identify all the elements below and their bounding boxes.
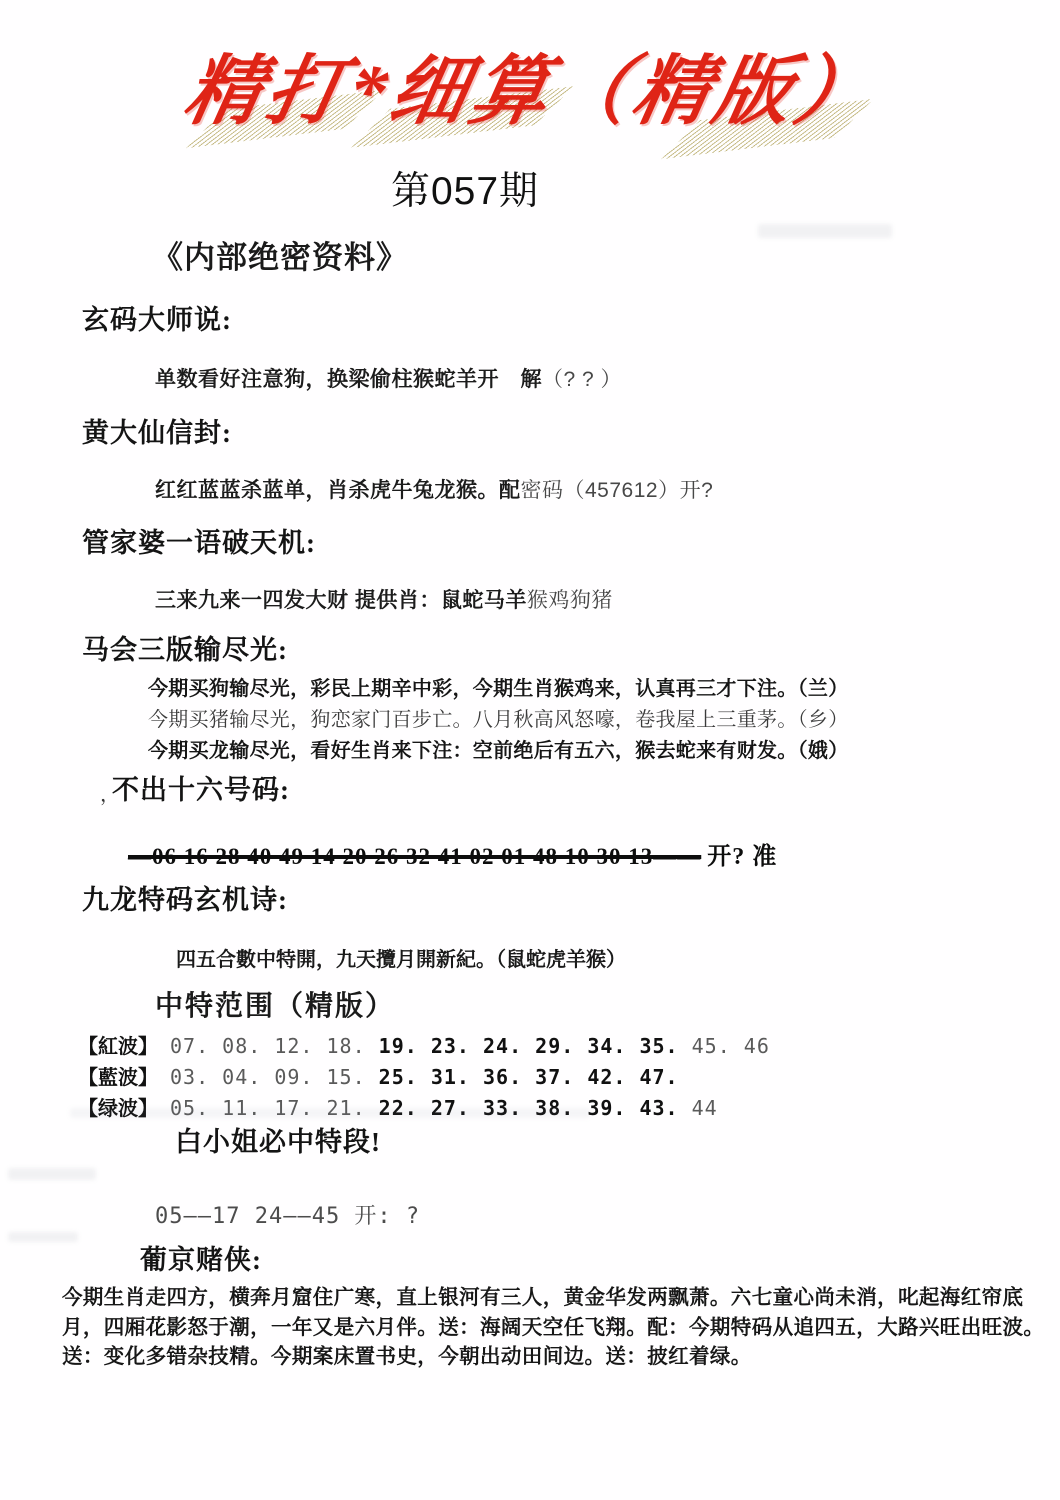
huangdaxian-tip-tail: 密码（457612）开? [521, 479, 714, 502]
wave-numbers-red-bold: 19. 23. 24. 29. 34. 35. [379, 1034, 692, 1058]
section-heading-baixiaojie: 白小姐必中特段! [175, 1120, 381, 1159]
subtitle: 《内部绝密资料》 [152, 232, 408, 277]
scan-artifact [8, 1168, 96, 1180]
mahui-line-1: 今期买狗输尽光，彩民上期辛中彩，今期生肖猴鸡来，认真再三才下注。（兰） [148, 674, 849, 705]
huangdaxian-tip-main: 红红蓝蓝杀蓝单，肖杀虎牛兔龙猴。配 [155, 479, 521, 502]
excluded-numbers-line: —06 16 28 40 49 14 20 26 32 41 02 01 48 … [128, 836, 777, 871]
guanjiapo-tip-tail: 猴鸡狗猪 [527, 589, 613, 612]
pujing-paragraph: 今期生肖走四方，横奔月窟住广寒，直上银河有三人，黄金华发两飘萧。六七童心尚未消，… [62, 1283, 1010, 1372]
masthead-title: 精打*细算（精版） [139, 30, 926, 139]
guanjiapo-tip-line: 三来九来一四发大财 提供肖：鼠蛇马羊猴鸡狗猪 [155, 584, 613, 614]
document-page: 精打*细算（精版） 第057期 《内部绝密资料》 玄码大师说: 单数看好注意狗，… [0, 0, 1060, 1500]
wave-numbers-red: 07. 08. 12. 18. [170, 1034, 379, 1058]
pujing-paragraph-line-2: 月，四厢花影怒于潮，一年又是六月伴。送：海阔天空任飞翔。配：今期特码从追四五，大… [62, 1313, 1010, 1343]
pujing-paragraph-line-1: 今期生肖走四方，横奔月窟住广寒，直上银河有三人，黄金华发两飘萧。六七童心尚未消，… [62, 1283, 1010, 1313]
scan-artifact [8, 1232, 78, 1242]
jiulong-verse: 四五合數中特開，九天攬月開新紀。（鼠蛇虎羊猴） [176, 943, 626, 972]
wave-row-red: 【紅波】07. 08. 12. 18. 19. 23. 24. 29. 34. … [78, 1030, 770, 1059]
wave-numbers-blue-bold: 25. 31. 36. 37. 42. 47. [379, 1065, 679, 1089]
wave-numbers-red-tail: 45. 46 [692, 1034, 770, 1058]
wave-row-blue: 【藍波】03. 04. 09. 15. 25. 31. 36. 37. 42. … [78, 1061, 679, 1090]
section-heading-xuanma: 玄码大师说: [82, 298, 232, 337]
excluded-numbers-struck: —06 16 28 40 49 14 20 26 32 41 02 01 48 … [128, 844, 701, 869]
xuanma-tip-main: 单数看好注意狗，换梁偷柱猴蛇羊开 解 [155, 368, 542, 391]
mahui-line-3: 今期买龙输尽光，看好生肖来下注：空前绝后有五六，猴去蛇来有财发。（娥） [148, 736, 849, 767]
section-heading-guanjiapo: 管家婆一语破天机: [82, 521, 316, 560]
section-heading-sixteen: 不出十六号码: [112, 768, 290, 807]
huangdaxian-tip-line: 红红蓝蓝杀蓝单，肖杀虎牛兔龙猴。配密码（457612）开? [155, 474, 713, 504]
xuanma-tip-tail: （? ? ） [542, 368, 622, 391]
baixiaojie-numbers-line: 05——17 24——45 开: ? [155, 1199, 420, 1230]
wave-label-red: 【紅波】 [78, 1036, 158, 1058]
section-heading-range: 中特范围（精版） [155, 984, 395, 1024]
issue-number: 第057期 [170, 160, 760, 216]
xuanma-tip-line: 单数看好注意狗，换梁偷柱猴蛇羊开 解（? ? ） [155, 363, 622, 393]
pujing-paragraph-line-3: 送：变化多错杂技精。今期案床置书史，今朝出动田间边。送：披红着绿。 [62, 1342, 1010, 1372]
excluded-numbers-tail: 开? 准 [707, 844, 777, 870]
scan-artifact [70, 1108, 590, 1118]
section-heading-jiulong: 九龙特码玄机诗: [82, 878, 288, 917]
mahui-line-2: 今期买猪输尽光，狗恋家门百步亡。八月秋高风怒嚎，卷我屋上三重茅。（乡） [148, 705, 849, 736]
wave-numbers-blue: 03. 04. 09. 15. [170, 1065, 379, 1089]
section-heading-mahui: 马会三版输尽光: [82, 628, 288, 667]
wave-label-blue: 【藍波】 [78, 1067, 158, 1089]
section-heading-huangdaxian: 黄大仙信封: [82, 411, 232, 450]
scan-artifact [758, 224, 892, 238]
mahui-lines: 今期买狗输尽光，彩民上期辛中彩，今期生肖猴鸡来，认真再三才下注。（兰） 今期买猪… [148, 674, 849, 767]
guanjiapo-tip-main: 三来九来一四发大财 提供肖：鼠蛇马羊 [155, 589, 527, 612]
section-heading-pujing: 葡京赌侠: [140, 1238, 262, 1277]
wave-numbers-green-tail: 44 [692, 1096, 718, 1120]
